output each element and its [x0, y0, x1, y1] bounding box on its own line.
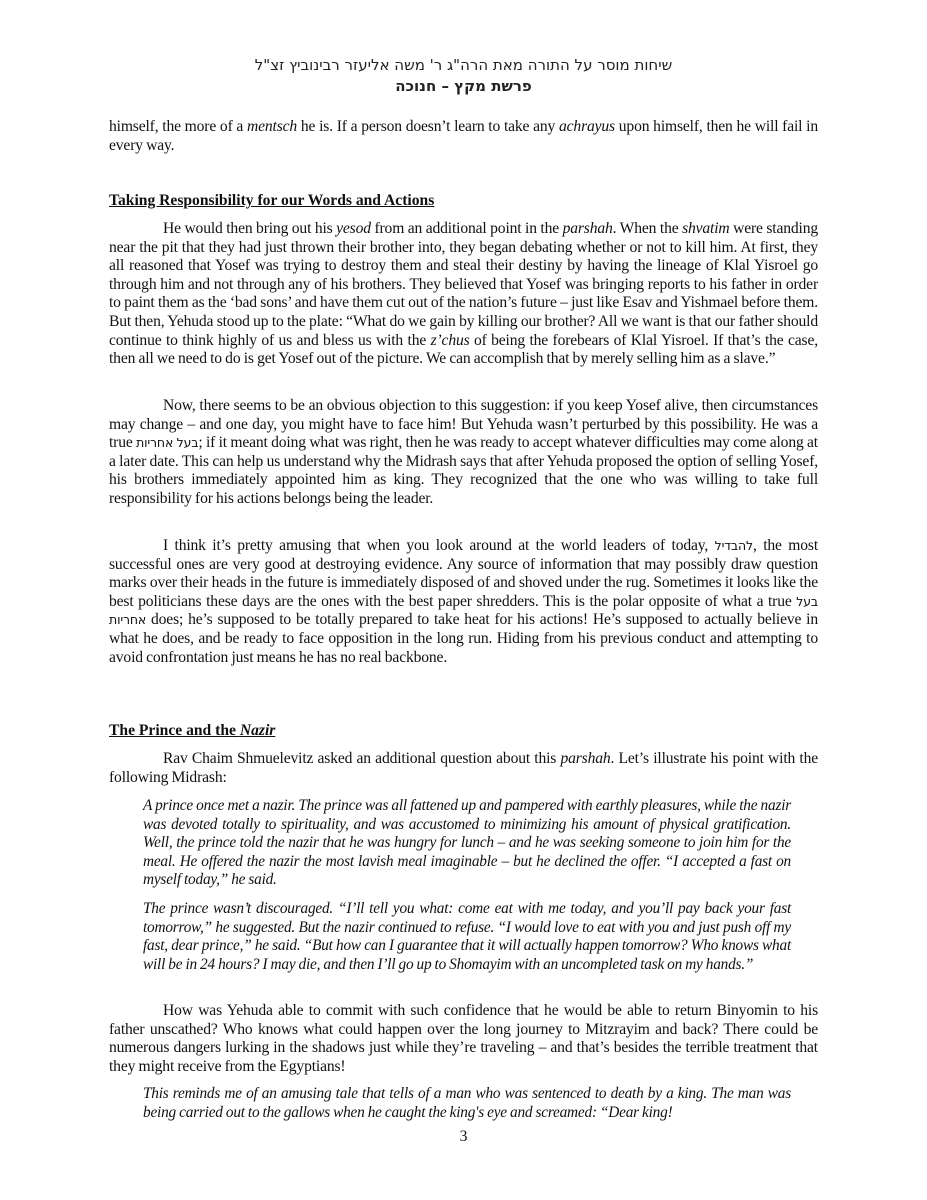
hebrew-term: להבדיל [715, 538, 753, 553]
paragraph-obvious-objection: Now, there seems to be an obvious object… [109, 397, 818, 509]
italic-term: shvatim [682, 220, 729, 237]
paragraph-world-leaders: I think it’s pretty amusing that when yo… [109, 537, 818, 667]
text: from an additional point in the [371, 220, 563, 237]
text: He would then bring out his [163, 220, 336, 237]
blockquote-tale: This reminds me of an amusing tale that … [143, 1085, 791, 1122]
hebrew-term: בעל אחריות [136, 435, 198, 450]
running-header-parsha: פרשת מקץ – חנוכה [0, 77, 927, 95]
text: he is. If a person doesn’t learn to take… [297, 118, 559, 135]
blockquote-midrash-2: The prince wasn’t discouraged. “I’ll tel… [143, 900, 791, 974]
italic-term: Nazir [240, 722, 276, 739]
text: . When the [613, 220, 682, 237]
italic-term: yesod [336, 220, 371, 237]
italic-term: achrayus [559, 118, 615, 135]
running-header-title: שיחות מוסר על התורה מאת הרה"ג ר' משה אלי… [0, 56, 927, 74]
text: The Prince and the [109, 722, 240, 739]
paragraph-continuation: himself, the more of a mentsch he is. If… [109, 118, 818, 155]
text: himself, the more of a [109, 118, 247, 135]
paragraph-binyomin: How was Yehuda able to commit with such … [109, 1002, 818, 1076]
section-heading-prince-nazir: The Prince and the Nazir [109, 722, 275, 740]
blockquote-midrash-1: A prince once met a nazir. The prince wa… [143, 797, 791, 890]
text: Rav Chaim Shmuelevitz asked an additiona… [163, 750, 560, 767]
text: does; he’s supposed to be totally prepar… [109, 611, 818, 665]
text: I think it’s pretty amusing that when yo… [163, 537, 715, 554]
text: ; if it meant doing what was right, then… [109, 434, 818, 507]
italic-term: z’chus [431, 332, 470, 349]
italic-term: parshah [563, 220, 613, 237]
page-number: 3 [0, 1128, 927, 1146]
paragraph-yehuda-plate: He would then bring out his yesod from a… [109, 220, 818, 369]
section-heading-responsibility: Taking Responsibility for our Words and … [109, 192, 434, 210]
text: were standing near the pit that they had… [109, 220, 818, 349]
italic-term: mentsch [247, 118, 297, 135]
italic-term: parshah [560, 750, 610, 767]
paragraph-rav-chaim: Rav Chaim Shmuelevitz asked an additiona… [109, 750, 818, 787]
